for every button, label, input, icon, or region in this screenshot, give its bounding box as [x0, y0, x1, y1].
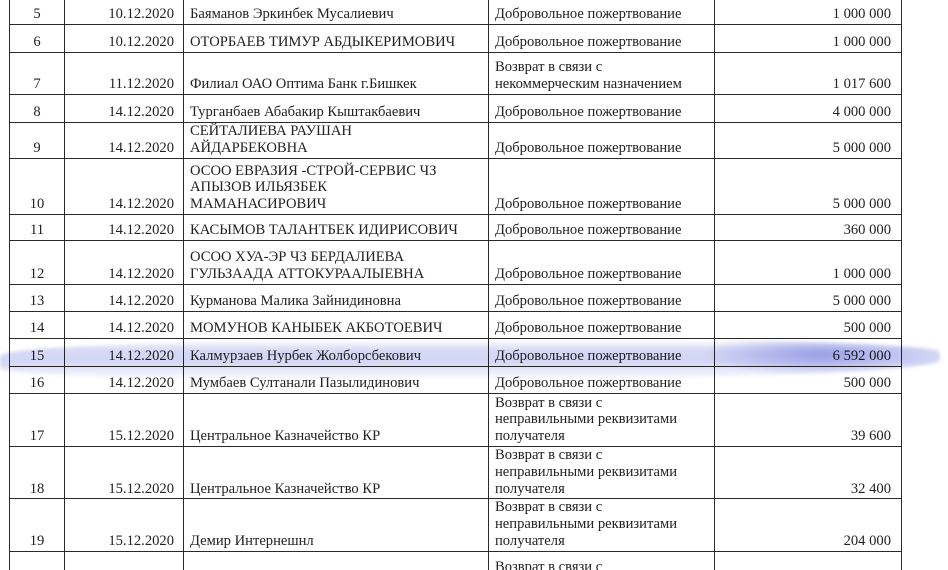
donor-name-cell-line: Центральное Казначейство КР — [190, 428, 482, 445]
purpose-cell: Добровольное пожертвование — [489, 215, 715, 241]
purpose-cell-line: Возврат в связи с — [495, 447, 708, 464]
amount-cell: 5 000 000 — [715, 159, 902, 215]
purpose-cell-line: Добровольное пожертвование — [495, 140, 708, 157]
purpose-cell-line: Добровольное пожертвование — [495, 6, 708, 23]
table-row: 610.12.2020ОТОРБАЕВ ТИМУР АБДЫКЕРИМОВИЧД… — [10, 25, 902, 53]
purpose-cell: Добровольное пожертвование — [489, 339, 715, 367]
donor-name-cell-line: АПЫЗОВ ИЛЬЯЗБЕК — [190, 179, 482, 196]
purpose-cell-line: Добровольное пожертвование — [495, 222, 708, 239]
amount-cell: 360 000 — [715, 215, 902, 241]
purpose-cell: Добровольное пожертвование — [489, 367, 715, 394]
purpose-cell-line: Добровольное пожертвование — [495, 196, 708, 213]
row-number-cell: 18 — [10, 447, 65, 499]
purpose-cell-line: Добровольное пожертвование — [495, 266, 708, 283]
purpose-cell-line: Добровольное пожертвование — [495, 375, 708, 392]
table-row: 1715.12.2020Центральное Казначейство КРВ… — [10, 394, 902, 447]
table-row: 1414.12.2020МОМУНОВ КАНЫБЕК АКБОТОЕВИЧДо… — [10, 312, 902, 339]
row-number-cell: 9 — [10, 123, 65, 159]
row-number-cell: 12 — [10, 241, 65, 285]
date-cell: 14.12.2020 — [65, 95, 184, 123]
donor-name-cell-line: Курманова Малика Зайнидиновна — [190, 293, 482, 310]
donor-name-cell-line: Баяманов Эркинбек Мусалиевич — [190, 6, 482, 23]
donor-name-cell-line: ОСОО ХУА-ЭР ЧЗ БЕРДАЛИЕВА — [190, 249, 482, 266]
date-cell: 14.12.2020 — [65, 367, 184, 394]
date-cell: 11.12.2020 — [65, 53, 184, 95]
purpose-cell-line: Возврат в связи с — [495, 559, 708, 570]
row-number-cell: 10 — [10, 159, 65, 215]
donor-name-cell-line: Демир Интернешнл — [190, 533, 482, 550]
donor-name-cell: Баяманов Эркинбек Мусалиевич — [184, 0, 489, 25]
row-number-cell: 15 — [10, 339, 65, 367]
donor-name-cell-line: СЕЙТАЛИЕВА РАУШАН — [190, 123, 482, 140]
donor-name-cell-line: КАСЫМОВ ТАЛАНТБЕК ИДИРИСОВИЧ — [190, 222, 482, 239]
table-row: 814.12.2020Турганбаев Абабакир Кыштакбае… — [10, 95, 902, 123]
row-number-cell: 13 — [10, 285, 65, 312]
amount-cell: 1 017 600 — [715, 53, 902, 95]
amount-cell: 1 000 000 — [715, 0, 902, 25]
purpose-cell: Возврат в связи снеправильными реквизита… — [489, 499, 715, 551]
date-cell: 15.12.2020 — [65, 499, 184, 551]
purpose-cell-line: Добровольное пожертвование — [495, 293, 708, 310]
purpose-cell-line: Добровольное пожертвование — [495, 320, 708, 337]
donor-name-cell: ОСОО ХУА-ЭР ЧЗ БЕРДАЛИЕВАГУЛЬЗААДА АТТОК… — [184, 241, 489, 285]
amount-cell: 1 000 000 — [715, 25, 902, 53]
purpose-cell: Возврат в связи снекоммерческим назначен… — [489, 53, 715, 95]
date-cell: 10.12.2020 — [65, 0, 184, 25]
row-number-cell: 16 — [10, 367, 65, 394]
amount-cell: 6 592 000 — [715, 339, 902, 367]
table-row: 1915.12.2020Демир ИнтернешнлВозврат в св… — [10, 499, 902, 551]
date-cell: 14.12.2020 — [65, 241, 184, 285]
donor-name-cell: Калмурзаев Нурбек Жолборсбекович — [184, 339, 489, 367]
amount-cell: 204 000 — [715, 499, 902, 551]
amount-cell: 5 000 000 — [715, 285, 902, 312]
purpose-cell-line: Добровольное пожертвование — [495, 34, 708, 51]
donor-name-cell: Турганбаев Абабакир Кыштакбаевич — [184, 95, 489, 123]
table-row: 1514.12.2020Калмурзаев Нурбек Жолборсбек… — [10, 339, 902, 367]
donor-name-cell: Центральное Казначейство КР — [184, 447, 489, 499]
row-number-cell: 19 — [10, 499, 65, 551]
purpose-cell: Добровольное пожертвование — [489, 159, 715, 215]
donor-name-cell — [184, 551, 489, 570]
purpose-cell: Добровольное пожертвование — [489, 123, 715, 159]
donor-name-cell: ОТОРБАЕВ ТИМУР АБДЫКЕРИМОВИЧ — [184, 25, 489, 53]
date-cell: 14.12.2020 — [65, 339, 184, 367]
donor-name-cell: Демир Интернешнл — [184, 499, 489, 551]
amount-cell: 1 000 000 — [715, 241, 902, 285]
table-row: Возврат в связи с — [10, 551, 902, 570]
table-row: 914.12.2020СЕЙТАЛИЕВА РАУШАНАЙДАРБЕКОВНА… — [10, 123, 902, 159]
donor-name-cell-line: ОСОО ЕВРАЗИЯ -СТРОЙ-СЕРВИС ЧЗ — [190, 163, 482, 180]
row-number-cell: 11 — [10, 215, 65, 241]
purpose-cell: Добровольное пожертвование — [489, 25, 715, 53]
donor-name-cell-line: МОМУНОВ КАНЫБЕК АКБОТОЕВИЧ — [190, 320, 482, 337]
table-body: 510.12.2020Баяманов Эркинбек МусалиевичД… — [10, 0, 902, 570]
table-row: 1614.12.2020Мумбаев Султанали Пазылидино… — [10, 367, 902, 394]
donor-name-cell-line: ОТОРБАЕВ ТИМУР АБДЫКЕРИМОВИЧ — [190, 34, 482, 51]
donor-name-cell-line: Мумбаев Султанали Пазылидинович — [190, 375, 482, 392]
row-number-cell: 5 — [10, 0, 65, 25]
donor-name-cell-line: АЙДАРБЕКОВНА — [190, 140, 482, 157]
amount-cell: 5 000 000 — [715, 123, 902, 159]
purpose-cell: Добровольное пожертвование — [489, 0, 715, 25]
amount-cell — [715, 551, 902, 570]
purpose-cell-line: некоммерческим назначением — [495, 76, 708, 93]
date-cell: 14.12.2020 — [65, 285, 184, 312]
date-cell: 15.12.2020 — [65, 394, 184, 447]
amount-cell: 500 000 — [715, 312, 902, 339]
date-cell: 14.12.2020 — [65, 312, 184, 339]
purpose-cell: Добровольное пожертвование — [489, 241, 715, 285]
purpose-cell: Добровольное пожертвование — [489, 95, 715, 123]
table-row: 1114.12.2020КАСЫМОВ ТАЛАНТБЕК ИДИРИСОВИЧ… — [10, 215, 902, 241]
table-row: 1314.12.2020Курманова Малика Зайнидиновн… — [10, 285, 902, 312]
purpose-cell: Возврат в связи снеправильными реквизита… — [489, 447, 715, 499]
table-row: 1014.12.2020ОСОО ЕВРАЗИЯ -СТРОЙ-СЕРВИС Ч… — [10, 159, 902, 215]
purpose-cell-line: Добровольное пожертвование — [495, 104, 708, 121]
purpose-cell-line: получателя — [495, 533, 708, 550]
row-number-cell: 8 — [10, 95, 65, 123]
donor-name-cell-line: Филиал ОАО Оптима Банк г.Бишкек — [190, 76, 482, 93]
table-row: 510.12.2020Баяманов Эркинбек МусалиевичД… — [10, 0, 902, 25]
donor-name-cell-line: ГУЛЬЗААДА АТТОКУРААЛЫЕВНА — [190, 266, 482, 283]
amount-cell: 4 000 000 — [715, 95, 902, 123]
date-cell: 14.12.2020 — [65, 215, 184, 241]
row-number-cell: 7 — [10, 53, 65, 95]
row-number-cell: 17 — [10, 394, 65, 447]
purpose-cell-line: получателя — [495, 428, 708, 445]
donor-name-cell: Мумбаев Султанали Пазылидинович — [184, 367, 489, 394]
purpose-cell: Добровольное пожертвование — [489, 312, 715, 339]
date-cell: 15.12.2020 — [65, 447, 184, 499]
donor-name-cell-line: МАМАНАСИРОВИЧ — [190, 196, 482, 213]
purpose-cell-line: неправильными реквизитами — [495, 464, 708, 481]
amount-cell: 39 600 — [715, 394, 902, 447]
donor-name-cell: КАСЫМОВ ТАЛАНТБЕК ИДИРИСОВИЧ — [184, 215, 489, 241]
purpose-cell: Возврат в связи снеправильными реквизита… — [489, 394, 715, 447]
donations-table: 510.12.2020Баяманов Эркинбек МусалиевичД… — [9, 0, 902, 570]
donor-name-cell-line: Центральное Казначейство КР — [190, 481, 482, 498]
table-row: 1214.12.2020ОСОО ХУА-ЭР ЧЗ БЕРДАЛИЕВАГУЛ… — [10, 241, 902, 285]
purpose-cell-line: Добровольное пожертвование — [495, 348, 708, 365]
donor-name-cell-line: Турганбаев Абабакир Кыштакбаевич — [190, 104, 482, 121]
donor-name-cell-line: Калмурзаев Нурбек Жолборсбекович — [190, 348, 482, 365]
purpose-cell-line: Возврат в связи с — [495, 59, 708, 76]
purpose-cell-line: Возврат в связи с — [495, 395, 708, 412]
purpose-cell-line: неправильными реквизитами — [495, 411, 708, 428]
amount-cell: 500 000 — [715, 367, 902, 394]
date-cell: 14.12.2020 — [65, 159, 184, 215]
donor-name-cell: Курманова Малика Зайнидиновна — [184, 285, 489, 312]
donor-name-cell: СЕЙТАЛИЕВА РАУШАНАЙДАРБЕКОВНА — [184, 123, 489, 159]
purpose-cell: Добровольное пожертвование — [489, 285, 715, 312]
date-cell: 10.12.2020 — [65, 25, 184, 53]
table-row: 1815.12.2020Центральное Казначейство КРВ… — [10, 447, 902, 499]
date-cell — [65, 551, 184, 570]
purpose-cell-line: Возврат в связи с — [495, 499, 708, 516]
purpose-cell-line: получателя — [495, 481, 708, 498]
donor-name-cell: ОСОО ЕВРАЗИЯ -СТРОЙ-СЕРВИС ЧЗАПЫЗОВ ИЛЬЯ… — [184, 159, 489, 215]
row-number-cell: 6 — [10, 25, 65, 53]
donor-name-cell: МОМУНОВ КАНЫБЕК АКБОТОЕВИЧ — [184, 312, 489, 339]
row-number-cell — [10, 551, 65, 570]
purpose-cell: Возврат в связи с — [489, 551, 715, 570]
amount-cell: 32 400 — [715, 447, 902, 499]
donor-name-cell: Филиал ОАО Оптима Банк г.Бишкек — [184, 53, 489, 95]
donor-name-cell: Центральное Казначейство КР — [184, 394, 489, 447]
date-cell: 14.12.2020 — [65, 123, 184, 159]
row-number-cell: 14 — [10, 312, 65, 339]
purpose-cell-line: неправильными реквизитами — [495, 516, 708, 533]
table-row: 711.12.2020Филиал ОАО Оптима Банк г.Бишк… — [10, 53, 902, 95]
